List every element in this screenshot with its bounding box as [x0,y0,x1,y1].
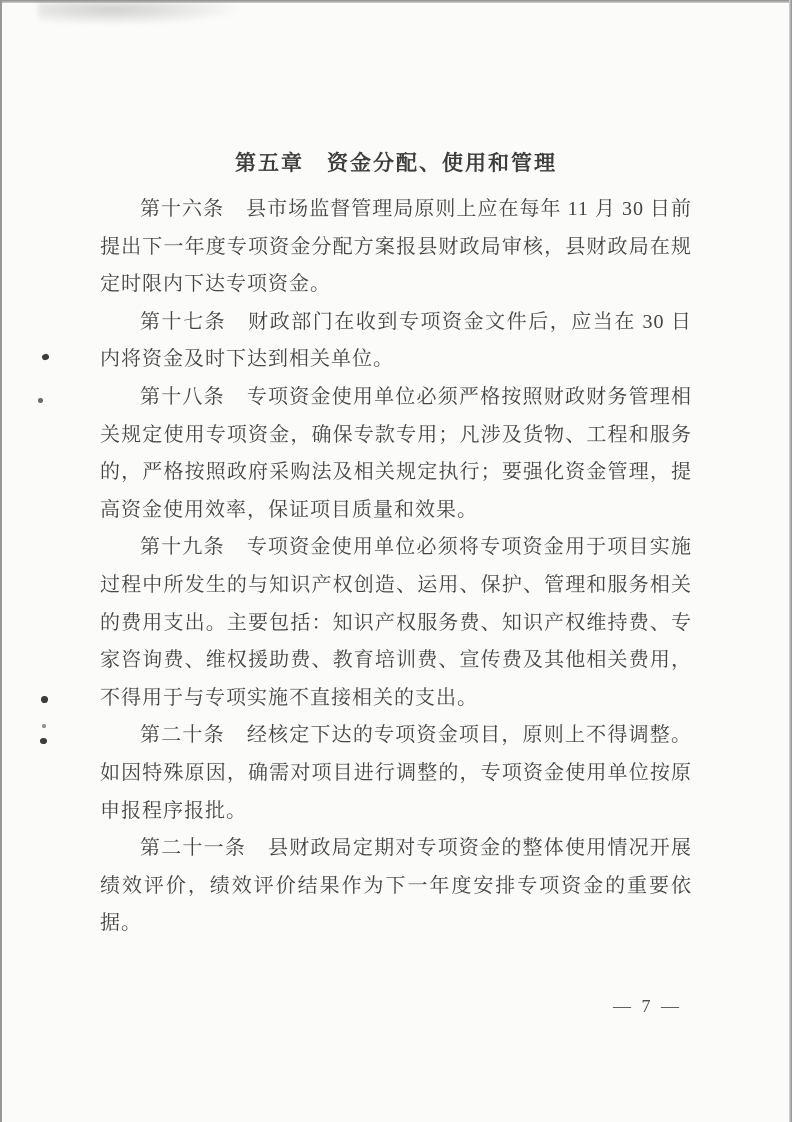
chapter-title: 第五章 资金分配、使用和管理 [100,147,692,177]
scan-edge-left [0,0,2,1122]
article-heading: 第十八条 [140,386,225,408]
article-paragraph: 第十九条专项资金使用单位必须将专项资金用于项目实施过程中所发生的与知识产权创造、… [100,529,692,717]
article-heading: 第二十条 [140,724,225,746]
document-text-block: 第五章 资金分配、使用和管理 第十六条县市场监督管理局原则上应在每年 11 月 … [100,147,692,943]
article-heading: 第二十一条 [140,837,246,859]
article-paragraph: 第二十一条县财政局定期对专项资金的整体使用情况开展绩效评价，绩效评价结果作为下一… [100,830,692,943]
scan-smudge [38,2,248,26]
article-text: 专项资金使用单位必须将专项资金用于项目实施过程中所发生的与知识产权创造、运用、保… [100,536,692,708]
article-paragraph: 第十七条财政部门在收到专项资金文件后，应当在 30 日内将资金及时下达到相关单位… [100,304,692,379]
article-paragraph: 第二十条经核定下达的专项资金项目，原则上不得调整。如因特殊原因，确需对项目进行调… [100,717,692,830]
article-paragraph: 第十八条专项资金使用单位必须严格按照财政财务管理相关规定使用专项资金，确保专款专… [100,379,692,529]
ink-speck [41,696,48,703]
ink-speck [41,353,49,361]
page-number: — 7 — [613,996,682,1017]
document-body: 第十六条县市场监督管理局原则上应在每年 11 月 30 日前提出下一年度专项资金… [100,191,692,943]
scanned-document-page: 第五章 资金分配、使用和管理 第十六条县市场监督管理局原则上应在每年 11 月 … [0,0,792,1122]
article-heading: 第十九条 [140,536,225,558]
article-heading: 第十七条 [140,311,226,333]
ink-speck [38,398,43,403]
ink-speck [42,724,46,728]
ink-speck [40,738,47,744]
article-heading: 第十六条 [140,198,224,220]
article-paragraph: 第十六条县市场监督管理局原则上应在每年 11 月 30 日前提出下一年度专项资金… [100,191,692,304]
